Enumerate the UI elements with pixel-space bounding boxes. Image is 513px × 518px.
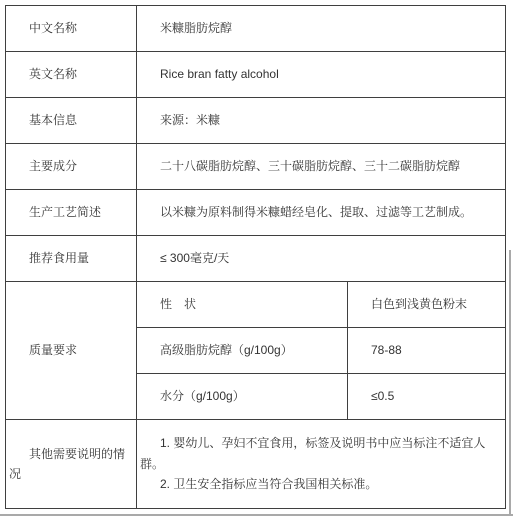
row-label-production-process: 生产工艺简述 [6, 190, 137, 236]
value-text: 以米糠为原料制得米糠蜡经皂化、提取、过滤等工艺制成。 [140, 202, 502, 222]
table-row-recommended-intake: 推荐食用量 ≤ 300毫克/天 [6, 236, 506, 282]
row-label-other-notes: 其他需要说明的情况 [6, 420, 137, 509]
row-value-production-process: 以米糠为原料制得米糠蜡经皂化、提取、过滤等工艺制成。 [137, 190, 506, 236]
label-text: 中文名称 [9, 18, 133, 38]
row-value-main-ingredients: 二十八碳脂肪烷醇、三十碳脂肪烷醇、三十二碳脂肪烷醇 [137, 144, 506, 190]
quality-item-value-appearance: 白色到浅黄色粉末 [348, 282, 506, 328]
label-text: 生产工艺简述 [9, 202, 133, 222]
label-text: 推荐食用量 [9, 248, 133, 268]
quality-name-text: 水分（g/100g） [140, 386, 344, 406]
quality-item-value-moisture: ≤0.5 [348, 374, 506, 420]
other-notes-list: 1. 婴幼儿、孕妇不宜食用，标签及说明书中应当标注不适宜人群。 2. 卫生安全指… [140, 433, 502, 494]
quality-name-text: 高级脂肪烷醇（g/100g） [140, 340, 344, 360]
row-label-quality-requirements: 质量要求 [6, 282, 137, 420]
quality-value-text: 白色到浅黄色粉末 [351, 294, 502, 314]
value-text: ≤ 300毫克/天 [140, 248, 502, 268]
label-text: 基本信息 [9, 110, 133, 130]
table-row-chinese-name: 中文名称 米糠脂肪烷醇 [6, 6, 506, 52]
quality-item-value-fatty-alcohol: 78-88 [348, 328, 506, 374]
product-info-table-container: 中文名称 米糠脂肪烷醇 英文名称 Rice bran fatty alcohol… [5, 5, 506, 509]
row-value-other-notes: 1. 婴幼儿、孕妇不宜食用，标签及说明书中应当标注不适宜人群。 2. 卫生安全指… [137, 420, 506, 509]
label-text: 主要成分 [9, 156, 133, 176]
row-label-chinese-name: 中文名称 [6, 6, 137, 52]
product-info-table: 中文名称 米糠脂肪烷醇 英文名称 Rice bran fatty alcohol… [5, 5, 506, 509]
table-row-main-ingredients: 主要成分 二十八碳脂肪烷醇、三十碳脂肪烷醇、三十二碳脂肪烷醇 [6, 144, 506, 190]
table-row-production-process: 生产工艺简述 以米糠为原料制得米糠蜡经皂化、提取、过滤等工艺制成。 [6, 190, 506, 236]
value-text: Rice bran fatty alcohol [140, 64, 502, 84]
value-text: 来源：米糠 [140, 110, 502, 130]
quality-item-name-fatty-alcohol: 高级脂肪烷醇（g/100g） [137, 328, 348, 374]
row-label-main-ingredients: 主要成分 [6, 144, 137, 190]
note-item-1: 1. 婴幼儿、孕妇不宜食用，标签及说明书中应当标注不适宜人群。 [140, 433, 502, 474]
screen-edge-line-bottom [0, 514, 513, 516]
row-label-recommended-intake: 推荐食用量 [6, 236, 137, 282]
quality-value-text: 78-88 [351, 340, 502, 360]
label-text: 其他需要说明的情况 [9, 444, 133, 485]
table-row-other-notes: 其他需要说明的情况 1. 婴幼儿、孕妇不宜食用，标签及说明书中应当标注不适宜人群… [6, 420, 506, 509]
table-row-english-name: 英文名称 Rice bran fatty alcohol [6, 52, 506, 98]
row-value-english-name: Rice bran fatty alcohol [137, 52, 506, 98]
row-label-english-name: 英文名称 [6, 52, 137, 98]
row-value-chinese-name: 米糠脂肪烷醇 [137, 6, 506, 52]
quality-value-text: ≤0.5 [351, 386, 502, 406]
value-text: 二十八碳脂肪烷醇、三十碳脂肪烷醇、三十二碳脂肪烷醇 [140, 156, 502, 176]
table-row-basic-info: 基本信息 来源：米糠 [6, 98, 506, 144]
label-text: 质量要求 [9, 340, 133, 360]
quality-item-name-moisture: 水分（g/100g） [137, 374, 348, 420]
note-item-2: 2. 卫生安全指标应当符合我国相关标准。 [140, 474, 502, 494]
quality-name-text: 性 状 [140, 294, 344, 314]
value-text: 米糠脂肪烷醇 [140, 18, 502, 38]
label-text: 英文名称 [9, 64, 133, 84]
screen-edge-line-right [509, 250, 511, 516]
row-label-basic-info: 基本信息 [6, 98, 137, 144]
table-row-quality-appearance: 质量要求 性 状 白色到浅黄色粉末 [6, 282, 506, 328]
quality-item-name-appearance: 性 状 [137, 282, 348, 328]
row-value-basic-info: 来源：米糠 [137, 98, 506, 144]
row-value-recommended-intake: ≤ 300毫克/天 [137, 236, 506, 282]
